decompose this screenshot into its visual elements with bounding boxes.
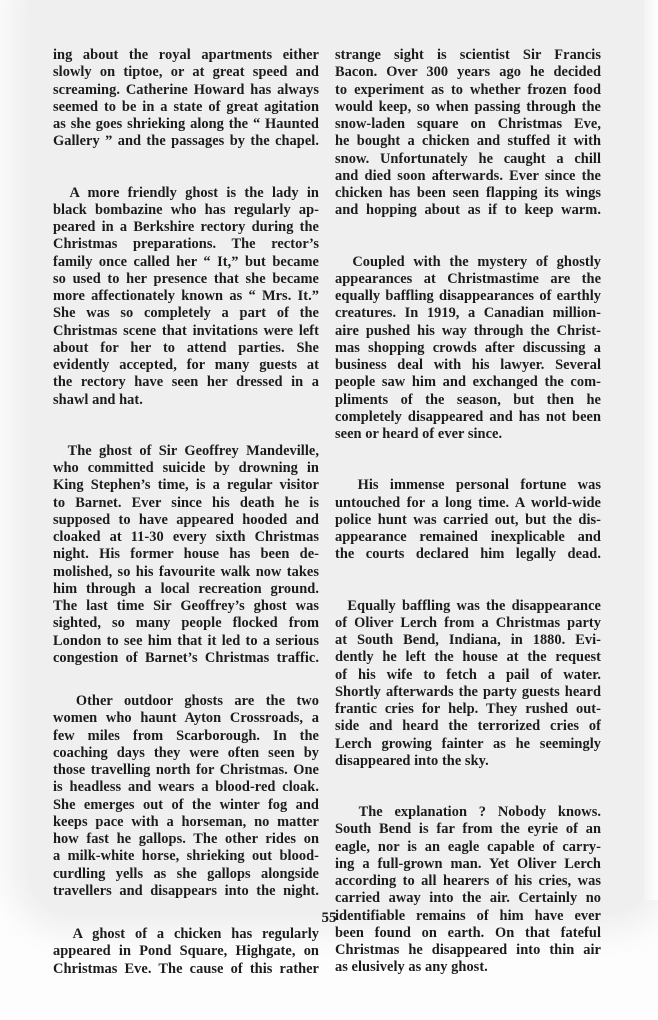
text-line: molished, so his favourite walk now take…: [53, 564, 319, 581]
text-line: Coupled with the mystery of ghostly: [335, 254, 601, 271]
text-line: seen or heard of ever since.: [335, 426, 601, 443]
text-line: She emerges out of the winter fog and: [53, 797, 319, 814]
text-line: Christmas he disappeared into thin air: [335, 942, 601, 959]
text-line: eagle, nor is an eagle capable of carry-: [335, 839, 601, 856]
text-line: snow. Unfortunately he caught a chill: [335, 151, 601, 168]
paragraph-canadian-millionaire: Coupled with the mystery of ghostly appe…: [335, 254, 601, 444]
text-line: chicken has been seen flapping its wings: [335, 185, 601, 202]
text-line: aire pushed his way through the Christ-: [335, 323, 601, 340]
text-line: curdling yells as she gallops alongside: [53, 866, 319, 883]
paragraph-gap: [335, 220, 601, 254]
text-line: the courts declared him legally dead.: [335, 546, 601, 563]
text-line: screaming. Catherine Howard has always: [53, 82, 319, 99]
text-line: appeared in Pond Square, Highgate, on: [53, 943, 319, 960]
text-line: Gallery ” and the passages by the chapel…: [53, 133, 319, 150]
paragraph-francis-bacon: strange sight is scientist Sir Francis B…: [335, 47, 601, 220]
text-line: strange sight is scientist Sir Francis: [335, 47, 601, 64]
text-line: completely disappeared and has not been: [335, 409, 601, 426]
text-line: seemed to be in a state of great agitati…: [53, 99, 319, 116]
text-line: family once called her “ It,” but became: [53, 254, 319, 271]
text-line: Christmas preparations. The rector’s: [53, 236, 319, 253]
text-line: business deal with his lawyer. Several: [335, 357, 601, 374]
text-line: supposed to have appeared hooded and: [53, 512, 319, 529]
text-line: creatures. In 1919, a Canadian million-: [335, 305, 601, 322]
text-line: snow-laden square on Christmas Eve,: [335, 116, 601, 133]
text-line: The ghost of Sir Geoffrey Mandeville,: [53, 443, 319, 460]
text-line: disappeared into the sky.: [335, 753, 601, 770]
paragraph-gap: [335, 443, 601, 477]
text-line: appearance remained inexplicable and: [335, 529, 601, 546]
text-line: She was so completely a part of the: [53, 305, 319, 322]
text-line: slowly on tiptoe, or at great speed and: [53, 64, 319, 81]
text-line: keeps pace with a horseman, no matter: [53, 814, 319, 831]
text-line: those travelling north for Christmas. On…: [53, 762, 319, 779]
text-line: ing a full-grown man. Yet Oliver Lerch: [335, 856, 601, 873]
text-line: cloaked at 11-30 every sixth Christmas: [53, 529, 319, 546]
text-line: people saw him and exchanged the com-: [335, 374, 601, 391]
text-line: of Oliver Lerch from a Christmas party: [335, 615, 601, 632]
text-line: Christmas scene that invitations were le…: [53, 323, 319, 340]
paragraph-gap: [53, 151, 319, 185]
text-line: who committed suicide by drowning in: [53, 460, 319, 477]
text-line: Bacon. Over 300 years ago he decided: [335, 64, 601, 81]
text-line: Equally baffling was the disappearance: [335, 598, 601, 615]
page-number: 55: [0, 910, 658, 927]
text-line: to experiment as to whether frozen food: [335, 82, 601, 99]
paragraph-fortune: His immense personal fortune was untouch…: [335, 477, 601, 563]
text-line: few miles from Scarborough. In the: [53, 728, 319, 745]
right-column: strange sight is scientist Sir Francis B…: [335, 47, 601, 977]
paragraph-oliver-lerch: Equally baffling was the disappearance o…: [335, 598, 601, 771]
text-line: women who haunt Ayton Crossroads, a: [53, 710, 319, 727]
text-line: evidently accepted, for many guests at: [53, 357, 319, 374]
text-line: more affectionately known as “ Mrs. It.”: [53, 288, 319, 305]
text-line: at South Bend, Indiana, in 1880. Evi-: [335, 632, 601, 649]
paragraph-hampton-court: ing about the royal apartments either sl…: [53, 47, 319, 151]
text-line: shawl and hat.: [53, 392, 319, 409]
text-line: frantic cries for help. They rushed out-: [335, 701, 601, 718]
left-column: ing about the royal apartments either sl…: [53, 47, 319, 978]
text-line: so used to her presence that she became: [53, 271, 319, 288]
text-line: to Barnet. Ever since his death he is: [53, 495, 319, 512]
text-line: ing about the royal apartments either: [53, 47, 319, 64]
text-line: side and heard the terrorized cries of: [335, 718, 601, 735]
text-line: pliments of the season, but then he: [335, 392, 601, 409]
text-line: Lerch growing fainter as he seemingly: [335, 736, 601, 753]
text-line: him through a local recreation ground.: [53, 581, 319, 598]
paragraph-gap: [335, 564, 601, 598]
paragraph-chicken-ghost: A ghost of a chicken has regularly appea…: [53, 926, 319, 978]
text-line: peared in a Berkshire rectory during the: [53, 219, 319, 236]
text-line: been found on earth. On that fateful: [335, 925, 601, 942]
text-line: and died soon afterwards. Ever since the: [335, 168, 601, 185]
text-line: London to see him that it led to a serio…: [53, 633, 319, 650]
text-line: as elusively as any ghost.: [335, 959, 601, 976]
text-line: South Bend is far from the eyrie of an: [335, 821, 601, 838]
paragraph-gap: [53, 667, 319, 693]
paragraph-mrs-it: A more friendly ghost is the lady in bla…: [53, 185, 319, 409]
text-line: dently he left the house at the request: [335, 649, 601, 666]
text-line: The explanation ? Nobody knows.: [335, 804, 601, 821]
text-line: travellers and disappears into the night…: [53, 883, 319, 900]
text-line: about for her to attend parties. She: [53, 340, 319, 357]
paragraph-ayton-crossroads: Other outdoor ghosts are the two women w…: [53, 693, 319, 900]
text-line: and hopping about as if to keep warm.: [335, 202, 601, 219]
text-line: Shortly afterwards the party guests hear…: [335, 684, 601, 701]
text-line: congestion of Barnet’s Christmas traffic…: [53, 650, 319, 667]
paragraph-geoffrey-mandeville: The ghost of Sir Geoffrey Mandeville, wh…: [53, 443, 319, 667]
text-line: equally baffling disappearances of earth…: [335, 288, 601, 305]
text-line: he bought a chicken and stuffed it with: [335, 133, 601, 150]
paragraph-gap: [53, 409, 319, 443]
text-line: is headless and wears a blood-red cloak.: [53, 779, 319, 796]
text-line: appearances at Christmastime are the: [335, 271, 601, 288]
paragraph-gap: [335, 770, 601, 804]
text-line: sighted, so many people flocked from: [53, 615, 319, 632]
text-line: would keep, so when passing through the: [335, 99, 601, 116]
text-line: how fast he gallops. The other rides on: [53, 831, 319, 848]
text-line: of his wife to fetch a pail of water.: [335, 667, 601, 684]
paragraph-explanation: The explanation ? Nobody knows. South Be…: [335, 804, 601, 977]
text-line: Christmas Eve. The cause of this rather: [53, 961, 319, 978]
text-line: according to all hearers of his cries, w…: [335, 873, 601, 890]
text-line: A ghost of a chicken has regularly: [53, 926, 319, 943]
text-line: untouched for a long time. A world-wide: [335, 495, 601, 512]
text-line: the rectory have seen her dressed in a: [53, 374, 319, 391]
page-edge: [644, 0, 658, 900]
text-line: The last time Sir Geoffrey’s ghost was: [53, 598, 319, 615]
text-line: night. His former house has been de-: [53, 546, 319, 563]
text-line: a milk-white horse, shrieking out blood-: [53, 848, 319, 865]
text-line: black bombazine who has regularly ap-: [53, 202, 319, 219]
text-line: coaching days they were often seen by: [53, 745, 319, 762]
text-line: King Stephen’s time, is a regular visito…: [53, 477, 319, 494]
text-line: Other outdoor ghosts are the two: [53, 693, 319, 710]
text-line: mas shopping crowds after discussing a: [335, 340, 601, 357]
text-line: carried away into the air. Certainly no: [335, 890, 601, 907]
text-line: A more friendly ghost is the lady in: [53, 185, 319, 202]
text-line: His immense personal fortune was: [335, 477, 601, 494]
text-line: police hunt was carried out, but the dis…: [335, 512, 601, 529]
text-line: as she goes shrieking along the “ Haunte…: [53, 116, 319, 133]
